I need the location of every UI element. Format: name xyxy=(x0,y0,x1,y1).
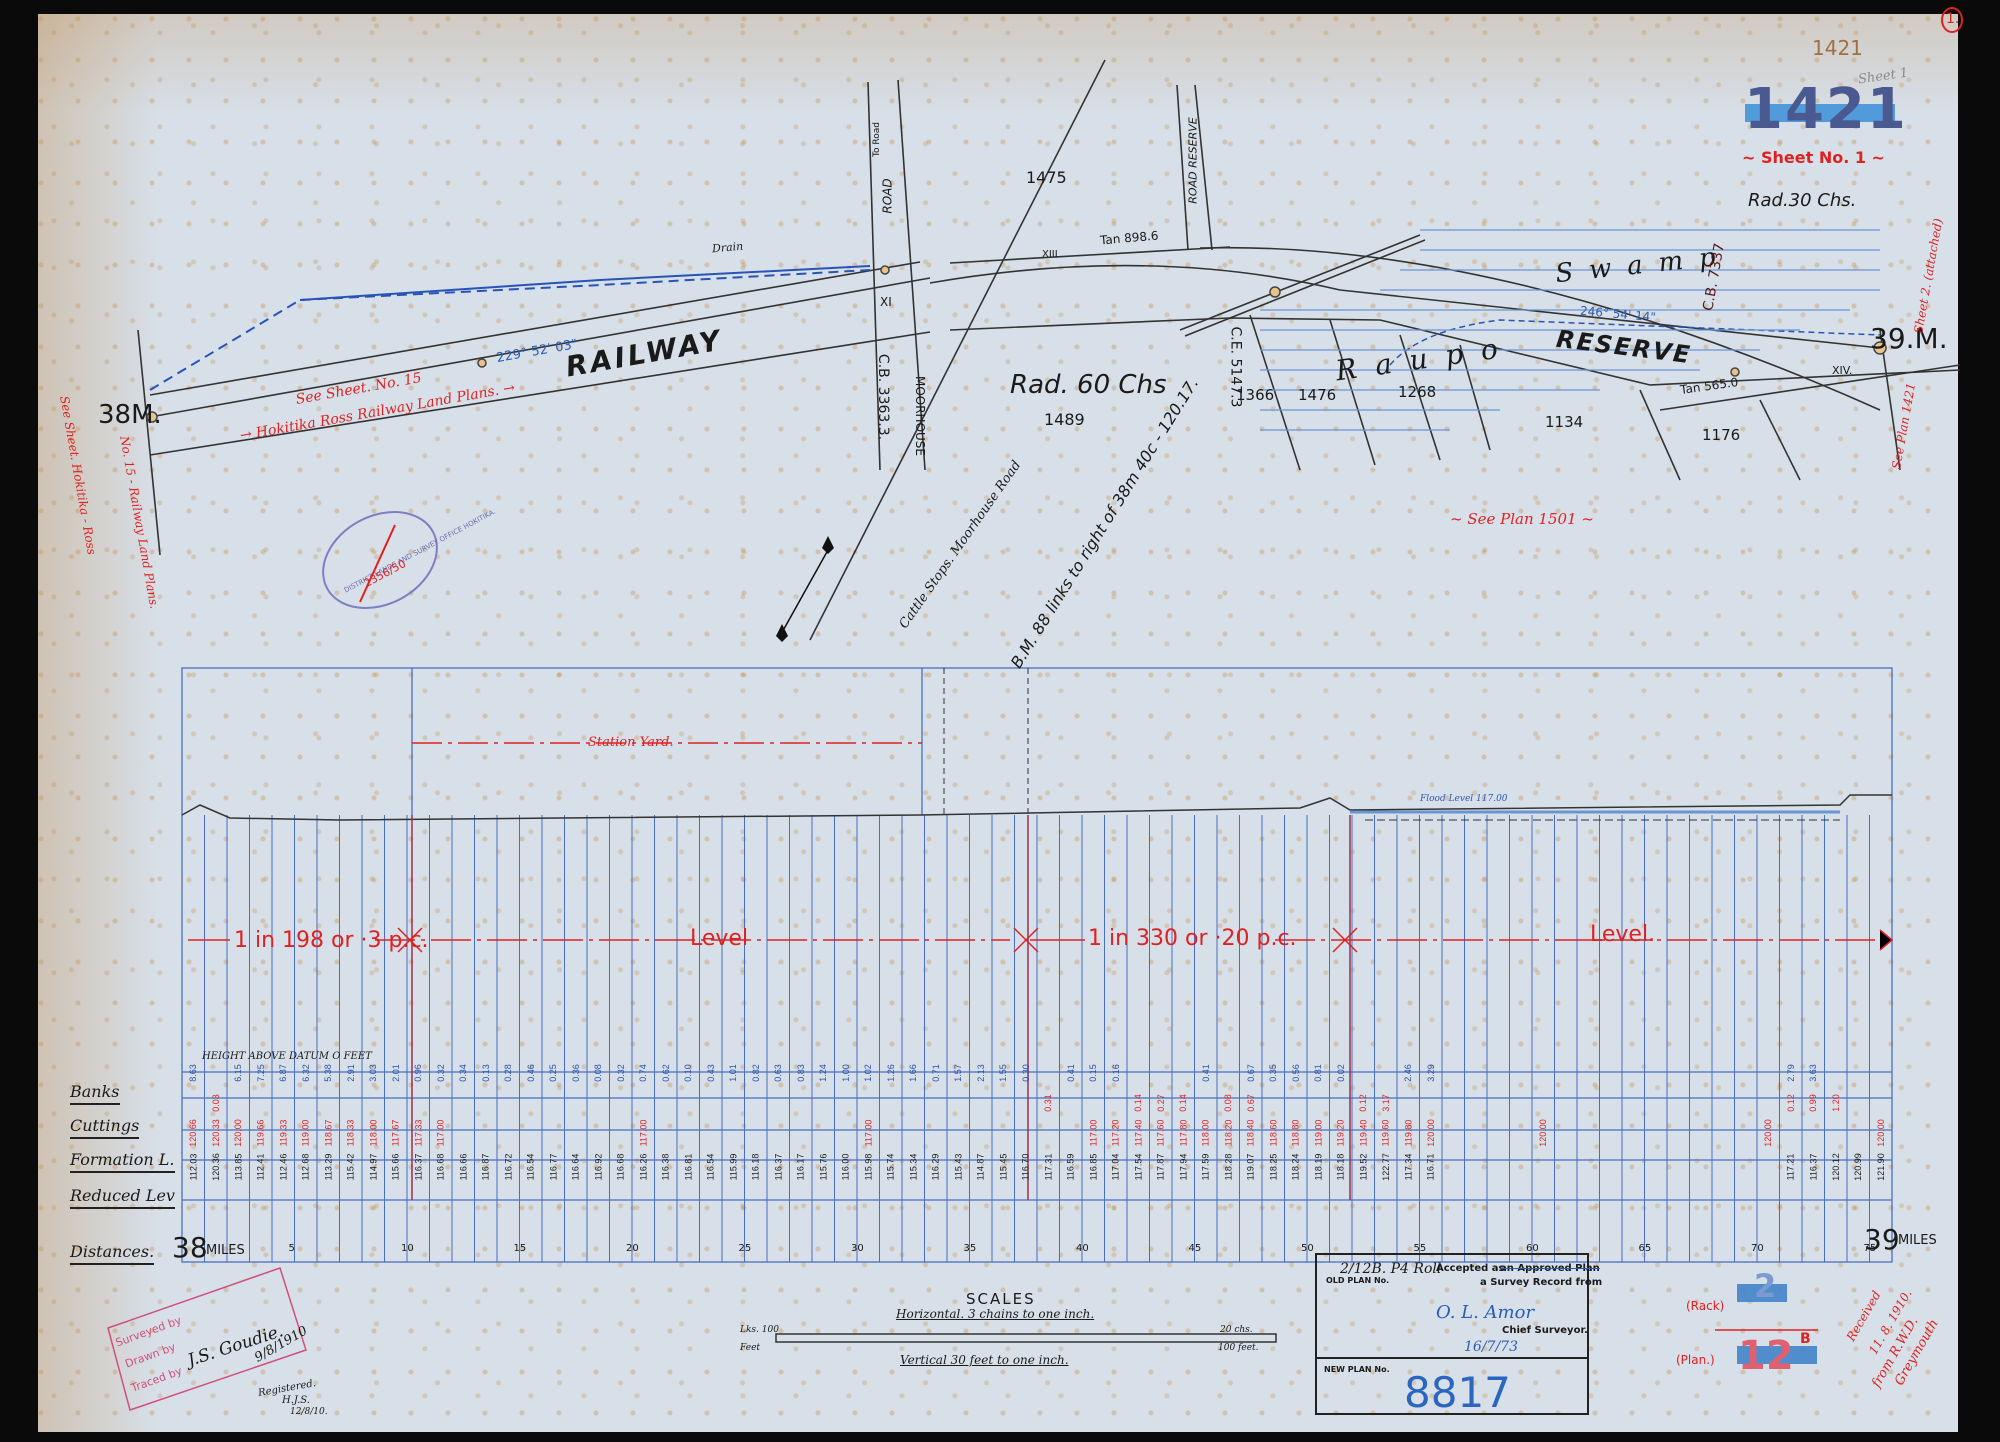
table-cell-value: 118.00 xyxy=(368,1120,378,1147)
cb-3363-label: C.B. 3363.3. xyxy=(876,354,890,440)
table-cell-value: 116.54 xyxy=(706,1154,716,1181)
table-cell-value: 0.10 xyxy=(683,1064,693,1082)
table-cell-banks: 3.29 xyxy=(1413,1058,1449,1088)
table-cell-value: 115.74 xyxy=(886,1154,896,1181)
registered-date: 12/8/10. xyxy=(290,1408,328,1417)
table-cell-value: 0.02 xyxy=(1336,1064,1346,1082)
table-cell-value: 117.60 xyxy=(1156,1120,1166,1147)
table-cell-formation: 120.00 xyxy=(1525,1118,1561,1148)
table-cell-cuttings: 1.20 xyxy=(1818,1088,1854,1118)
table-cell-value: 120.66 xyxy=(188,1119,198,1147)
table-cell-value: 0.13 xyxy=(481,1064,491,1082)
pencil-plan-number: 1421 xyxy=(1812,38,1863,58)
table-cell-value: 0.96 xyxy=(413,1064,423,1082)
distance-tick: 55 xyxy=(1414,1244,1427,1254)
new-plan-label: NEW PLAN No. xyxy=(1324,1366,1390,1374)
table-cell-banks: 0.02 xyxy=(1323,1058,1359,1088)
table-cell-cuttings: 3.17 xyxy=(1368,1088,1404,1118)
table-cell-value: 117.00 xyxy=(436,1120,446,1147)
radius-30-label: Rad.30 Chs. xyxy=(1748,192,1856,210)
table-cell-cuttings: 0.67 xyxy=(1233,1088,1269,1118)
table-cell-value: 119.00 xyxy=(1313,1120,1323,1147)
radius-60-label: Rad. 60 Chs xyxy=(1010,372,1167,398)
table-cell-value: 0.56 xyxy=(1291,1064,1301,1082)
table-cell-banks: 0.30 xyxy=(1008,1058,1044,1088)
table-cell-value: 120.99 xyxy=(1853,1153,1863,1181)
table-cell-value: 116.29 xyxy=(931,1154,941,1181)
table-cell-value: 113.29 xyxy=(323,1154,333,1181)
scale-chains-end: 20 chs. xyxy=(1220,1326,1253,1335)
road-reserve-label: ROAD RESERVE xyxy=(1188,117,1199,203)
drain-label: Drain xyxy=(712,241,744,255)
scale-horizontal: Horizontal. 3 chains to one inch. xyxy=(896,1308,1094,1320)
table-cell-value: 119.80 xyxy=(1403,1120,1413,1147)
table-cell-value: 116.38 xyxy=(661,1154,671,1181)
table-cell-value: 0.14 xyxy=(1178,1094,1188,1112)
survey-record-text: a Survey Record from xyxy=(1480,1278,1602,1288)
table-cell-value: 115.99 xyxy=(728,1154,738,1181)
table-cell-value: 118.24 xyxy=(1291,1154,1301,1181)
distance-tick: 50 xyxy=(1301,1244,1314,1254)
table-cell-value: 2.13 xyxy=(976,1064,986,1082)
table-cell-value: 1.57 xyxy=(953,1064,963,1082)
start-mile-label: 38M. xyxy=(98,402,162,428)
table-cell-value: 116.92 xyxy=(593,1154,603,1181)
table-cell-value: 0.16 xyxy=(1111,1064,1121,1082)
table-cell-value: 116.18 xyxy=(751,1154,761,1181)
distance-tick: 20 xyxy=(626,1244,639,1254)
table-cell-value: 1.02 xyxy=(863,1064,873,1082)
road-label: ROAD xyxy=(882,178,894,213)
distance-tick: 25 xyxy=(739,1244,752,1254)
table-cell-value: 115.98 xyxy=(863,1154,873,1181)
plan-linework xyxy=(0,0,2000,1442)
table-cell-value: 118.28 xyxy=(1223,1154,1233,1181)
scale-links-label: Lks. 100 xyxy=(740,1326,779,1335)
chief-surveyor-title: Chief Surveyor. xyxy=(1502,1326,1588,1336)
table-cell-value: 119.52 xyxy=(1358,1154,1368,1181)
table-cell-value: 112.68 xyxy=(301,1154,311,1181)
gradient-2: Level xyxy=(690,928,748,950)
table-cell-value: 119.00 xyxy=(301,1120,311,1147)
distance-tick: 70 xyxy=(1751,1244,1764,1254)
table-cell-value: 0.41 xyxy=(1201,1064,1211,1082)
table-cell-value: 116.59 xyxy=(1066,1154,1076,1181)
table-cell-value: 117.54 xyxy=(1133,1154,1143,1181)
row-label-formation: Formation L. xyxy=(70,1150,175,1173)
table-cell-value: 116.17 xyxy=(796,1154,806,1181)
table-cell-value: 112.41 xyxy=(256,1154,266,1181)
table-cell-formation: 117.00 xyxy=(850,1118,886,1148)
table-cell-value: 118.40 xyxy=(1246,1120,1256,1147)
table-cell-value: 117.00 xyxy=(638,1120,648,1147)
table-cell-value: 119.60 xyxy=(1381,1120,1391,1147)
table-cell-value: 2.01 xyxy=(391,1064,401,1082)
table-cell-value: 0.83 xyxy=(796,1064,806,1082)
distance-tick: 65 xyxy=(1639,1244,1652,1254)
table-cell-value: 7.25 xyxy=(256,1064,266,1082)
table-cell-value: 5.38 xyxy=(323,1064,333,1082)
table-cell-value: 116.37 xyxy=(1808,1154,1818,1181)
table-cell-value: 0.46 xyxy=(526,1064,536,1082)
distance-tick: 15 xyxy=(514,1244,527,1254)
table-cell-value: 0.71 xyxy=(931,1064,941,1082)
chief-surveyor-signature: O. L. Amor xyxy=(1436,1304,1534,1322)
table-cell-value: 122.77 xyxy=(1381,1153,1391,1181)
table-cell-value: 119.40 xyxy=(1358,1120,1368,1147)
sheet-number-label: ~ Sheet No. 1 ~ xyxy=(1742,150,1885,166)
section-1134: 1134 xyxy=(1545,415,1583,430)
table-cell-value: 119.33 xyxy=(278,1120,288,1147)
table-cell-value: 120.12 xyxy=(1831,1153,1841,1181)
table-cell-value: 118.00 xyxy=(1201,1120,1211,1147)
table-cell-value: 117.00 xyxy=(1088,1120,1098,1147)
table-cell-value: 0.63 xyxy=(773,1064,783,1082)
table-cell-value: 116.85 xyxy=(1088,1154,1098,1181)
table-cell-value: 120.00 xyxy=(1538,1119,1548,1147)
scales-title: SCALES xyxy=(966,1292,1036,1307)
table-cell-formation: 120.00 xyxy=(1863,1118,1899,1148)
table-cell-value: 0.15 xyxy=(1088,1064,1098,1082)
table-cell-value: 3.63 xyxy=(1808,1064,1818,1082)
table-cell-value: 0.12 xyxy=(1786,1094,1796,1112)
section-1268: 1268 xyxy=(1398,385,1436,400)
scale-feet-label: Feet xyxy=(740,1344,760,1353)
table-cell-value: 2.46 xyxy=(1403,1064,1413,1082)
table-cell-value: 120.00 xyxy=(1426,1119,1436,1147)
table-cell-value: 0.74 xyxy=(638,1064,648,1082)
table-cell-value: 3.29 xyxy=(1426,1064,1436,1082)
table-cell-value: 114.87 xyxy=(976,1154,986,1181)
table-cell-value: 1.66 xyxy=(908,1064,918,1082)
section-1366: 1366 xyxy=(1236,388,1274,403)
table-cell-value: 118.18 xyxy=(1336,1154,1346,1181)
table-cell-value: 116.66 xyxy=(458,1154,468,1181)
scale-feet-end: 100 feet. xyxy=(1218,1344,1259,1353)
table-cell-cuttings: 0.03 xyxy=(198,1088,234,1118)
table-cell-value: 0.36 xyxy=(571,1064,581,1082)
table-cell-value: 0.67 xyxy=(1246,1064,1256,1082)
table-cell-cuttings: 0.31 xyxy=(1030,1088,1066,1118)
table-cell-value: 117.33 xyxy=(413,1120,423,1147)
old-plan-label: OLD PLAN No. xyxy=(1326,1277,1389,1285)
table-cell-value: 117.21 xyxy=(1786,1154,1796,1181)
old-plan-value: 2/12B. P4 Roll xyxy=(1340,1262,1441,1276)
struck-approved-plan: an Approved Plan xyxy=(1500,1264,1600,1274)
distance-tick: 5 xyxy=(289,1244,295,1254)
distance-tick: 35 xyxy=(964,1244,977,1254)
table-cell-value: 0.30 xyxy=(1021,1064,1031,1082)
chief-surveyor-date: 16/7/73 xyxy=(1464,1340,1518,1354)
table-cell-value: 1.55 xyxy=(998,1064,1008,1082)
table-cell-value: 1.26 xyxy=(886,1064,896,1082)
table-cell-value: 115.45 xyxy=(998,1154,1008,1181)
table-cell-value: 0.32 xyxy=(616,1064,626,1082)
table-cell-value: 0.25 xyxy=(548,1064,558,1082)
table-cell-value: 116.37 xyxy=(413,1154,423,1181)
row-label-reduced: Reduced Lev xyxy=(70,1186,175,1209)
table-cell-value: 118.67 xyxy=(323,1120,333,1147)
table-cell-value: 112.46 xyxy=(278,1154,288,1181)
table-cell-value: 116.87 xyxy=(481,1154,491,1181)
table-cell-value: 117.80 xyxy=(1178,1120,1188,1147)
plan-label: (Plan.) xyxy=(1676,1354,1715,1366)
station-xi: XI xyxy=(880,296,892,308)
stamped-plan-number: 1421 xyxy=(1744,82,1908,138)
table-cell-value: 117.87 xyxy=(1156,1154,1166,1181)
moorhouse-label: MOORHOUSE xyxy=(914,376,926,456)
table-cell-value: 3.17 xyxy=(1381,1094,1391,1112)
registered-initials: H.J.S. xyxy=(282,1396,310,1406)
table-cell-value: 119.07 xyxy=(1246,1154,1256,1181)
see-plan-1501: ~ See Plan 1501 ~ xyxy=(1450,512,1594,527)
table-cell-value: 120.36 xyxy=(211,1153,221,1181)
table-cell-value: 0.03 xyxy=(211,1094,221,1112)
table-cell-value: 112.03 xyxy=(188,1154,198,1181)
table-cell-value: 118.20 xyxy=(1223,1120,1233,1147)
table-cell-value: 116.68 xyxy=(616,1154,626,1181)
table-cell-value: 0.99 xyxy=(1808,1094,1818,1112)
table-cell-value: 2.79 xyxy=(1786,1064,1796,1082)
section-1475: 1475 xyxy=(1026,170,1067,186)
gradient-3: 1 in 330 or ·20 p.c. xyxy=(1088,928,1297,950)
table-cell-formation: 120.00 xyxy=(1413,1118,1449,1148)
gradient-1: 1 in 198 or ·3 p.c. xyxy=(234,930,429,952)
distance-tick: 60 xyxy=(1526,1244,1539,1254)
table-cell-value: 116.00 xyxy=(841,1154,851,1181)
table-cell-value: 116.77 xyxy=(548,1154,558,1181)
table-cell-value: 0.14 xyxy=(1133,1094,1143,1112)
row-label-cuttings: Cuttings xyxy=(70,1116,139,1139)
table-cell-value: 0.82 xyxy=(751,1064,761,1082)
table-cell-formation: 117.00 xyxy=(625,1118,661,1148)
table-cell-value: 0.62 xyxy=(661,1064,671,1082)
table-cell-value: 116.54 xyxy=(526,1154,536,1181)
table-cell-value: 0.27 xyxy=(1156,1094,1166,1112)
end-mile-label: 39.M. xyxy=(1870,325,1948,353)
row-label-banks: Banks xyxy=(70,1082,120,1105)
table-cell-value: 2.91 xyxy=(346,1064,356,1082)
table-cell-value: 115.34 xyxy=(908,1154,918,1181)
row-label-distances: Distances. xyxy=(70,1242,154,1265)
table-cell-value: 6.32 xyxy=(301,1064,311,1082)
table-cell-value: 115.76 xyxy=(818,1154,828,1181)
table-cell-banks: 0.41 xyxy=(1188,1058,1224,1088)
table-cell-value: 6.87 xyxy=(278,1064,288,1082)
table-cell-value: 117.04 xyxy=(1111,1154,1121,1181)
table-cell-value: 115.66 xyxy=(391,1154,401,1181)
table-cell-value: 0.28 xyxy=(503,1064,513,1082)
distance-start: 38 xyxy=(172,1234,208,1262)
table-cell-value: 0.81 xyxy=(1313,1064,1323,1082)
table-cell-cuttings: 0.14 xyxy=(1165,1088,1201,1118)
table-cell-value: 117.31 xyxy=(1043,1154,1053,1181)
table-cell-value: 115.43 xyxy=(953,1154,963,1181)
new-plan-number: 8817 xyxy=(1404,1372,1511,1414)
table-cell-reduced: 116.71 xyxy=(1413,1152,1449,1182)
table-cell-value: 0.32 xyxy=(436,1064,446,1082)
table-cell-value: 3.03 xyxy=(368,1064,378,1082)
table-cell-value: 118.60 xyxy=(1268,1120,1278,1147)
station-yard-label: Station Yard. xyxy=(588,736,674,749)
table-cell-value: 117.20 xyxy=(1111,1120,1121,1147)
distance-tick: 40 xyxy=(1076,1244,1089,1254)
table-cell-value: 116.64 xyxy=(571,1154,581,1181)
table-cell-value: 116.68 xyxy=(436,1154,446,1181)
table-cell-value: 116.81 xyxy=(683,1154,693,1181)
plan-suffix: B xyxy=(1800,1332,1811,1346)
table-cell-value: 113.85 xyxy=(233,1154,243,1181)
table-cell-reduced: 121.90 xyxy=(1863,1152,1899,1182)
table-cell-value: 6.15 xyxy=(233,1064,243,1082)
table-cell-value: 118.80 xyxy=(1291,1120,1301,1147)
flood-level-label: Flood Level 117.00 xyxy=(1420,795,1508,804)
table-cell-value: 117.59 xyxy=(1201,1154,1211,1181)
table-cell-formation: 117.00 xyxy=(423,1118,459,1148)
table-cell-value: 120.00 xyxy=(233,1119,243,1147)
table-cell-banks: 8.63 xyxy=(175,1058,211,1088)
table-cell-value: 119.20 xyxy=(1336,1120,1346,1147)
section-1476: 1476 xyxy=(1298,388,1336,403)
table-cell-value: 117.67 xyxy=(391,1120,401,1147)
table-cell-value: 0.08 xyxy=(1223,1094,1233,1112)
table-cell-value: 118.25 xyxy=(1268,1154,1278,1181)
table-cell-value: 116.71 xyxy=(1426,1154,1436,1181)
circled-number: 1. xyxy=(1946,12,1959,26)
drain-line xyxy=(150,270,870,390)
distance-tick: 45 xyxy=(1189,1244,1202,1254)
table-cell-value: 120.00 xyxy=(1876,1119,1886,1147)
table-cell-value: 1.01 xyxy=(728,1064,738,1082)
table-cell-value: 117.94 xyxy=(1178,1154,1188,1181)
table-cell-value: 0.12 xyxy=(1358,1094,1368,1112)
table-cell-value: 117.00 xyxy=(863,1120,873,1147)
plan-number: 12 xyxy=(1738,1336,1794,1376)
table-cell-value: 116.26 xyxy=(638,1154,648,1181)
table-cell-value: 117.40 xyxy=(1133,1120,1143,1147)
table-cell-banks: 3.63 xyxy=(1795,1058,1831,1088)
section-1176: 1176 xyxy=(1702,428,1740,443)
distance-tick: 75 xyxy=(1864,1244,1877,1254)
table-cell-formation: 120.00 xyxy=(1750,1118,1786,1148)
table-cell-value: 118.19 xyxy=(1313,1154,1323,1181)
distance-tick: 30 xyxy=(851,1244,864,1254)
table-cell-value: 0.08 xyxy=(593,1064,603,1082)
distance-tick: 10 xyxy=(401,1244,414,1254)
accepted-text: Accepted as xyxy=(1436,1264,1504,1274)
table-cell-value: 114.97 xyxy=(368,1154,378,1181)
table-cell-value: 1.20 xyxy=(1831,1094,1841,1112)
gradient-4: Level. xyxy=(1590,924,1655,946)
table-cell-value: 115.42 xyxy=(346,1154,356,1181)
rack-label: (Rack) xyxy=(1686,1300,1724,1312)
table-cell-value: 0.41 xyxy=(1066,1064,1076,1082)
table-cell-value: 0.34 xyxy=(458,1064,468,1082)
distance-start-miles: MILES xyxy=(206,1244,245,1257)
scale-vertical: Vertical 30 feet to one inch. xyxy=(900,1354,1069,1366)
table-cell-value: 8.63 xyxy=(188,1064,198,1082)
table-cell-value: 120.00 xyxy=(1763,1119,1773,1147)
table-cell-value: 116.70 xyxy=(1021,1154,1031,1181)
table-cell-value: 121.90 xyxy=(1876,1153,1886,1181)
table-cell-value: 0.35 xyxy=(1268,1064,1278,1082)
table-cell-value: 119.66 xyxy=(256,1120,266,1147)
station-xiii: XIII xyxy=(1042,250,1058,260)
section-1489: 1489 xyxy=(1044,412,1085,428)
table-cell-value: 116.37 xyxy=(773,1154,783,1181)
table-cell-banks: 0.16 xyxy=(1098,1058,1134,1088)
table-cell-value: 0.43 xyxy=(706,1064,716,1082)
table-cell-value: 1.00 xyxy=(841,1064,851,1082)
distance-end-miles: MILES xyxy=(1898,1234,1937,1247)
rack-number: 2 xyxy=(1754,1270,1776,1302)
table-cell-value: 0.31 xyxy=(1043,1094,1053,1112)
station-xiv: XIV. xyxy=(1832,365,1852,376)
table-cell-value: 118.33 xyxy=(346,1120,356,1147)
table-cell-value: 116.72 xyxy=(503,1154,513,1181)
table-cell-value: 0.67 xyxy=(1246,1094,1256,1112)
table-cell-value: 1.24 xyxy=(818,1064,828,1082)
table-cell-value: 120.33 xyxy=(211,1119,221,1147)
to-road-label: To Road xyxy=(873,122,882,157)
table-cell-value: 117.34 xyxy=(1403,1154,1413,1181)
